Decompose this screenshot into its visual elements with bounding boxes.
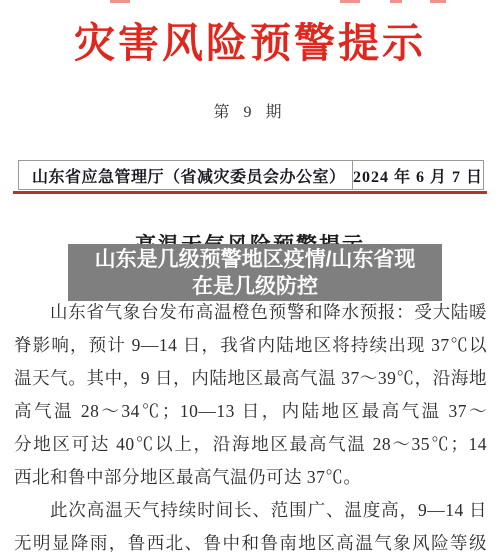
body-text-line: 无明显降雨，鲁西北、鲁中和鲁南地区高温气象风险等级高。高 bbox=[14, 527, 487, 552]
date-cell: 2024 年 6 月 7 日 bbox=[353, 161, 483, 189]
caption-line: 在是几级防控 bbox=[192, 273, 318, 300]
caption-line: 山东是几级预警地区疫情/山东省现 bbox=[95, 246, 416, 273]
issue-number-label: 第 9 期 bbox=[0, 99, 500, 122]
body-text-line: 此次高温天气持续时间长、范围广、温度高，9—14 日我省 bbox=[14, 494, 487, 527]
body-text-line: 高气温 28～34℃；10—13 日，内陆地区最高气温 37～39℃，部 bbox=[14, 395, 487, 428]
body-text-line: 温天气。其中，9 日，内陆地区最高气温 37～39℃，沿海地区最 bbox=[14, 362, 487, 395]
masthead-table: 山东省应急管理厅（省减灾委员会办公室） 2024 年 6 月 7 日 bbox=[18, 160, 484, 190]
document-notice-page: 灾害风险预警提示 第 9 期 山东省应急管理厅（省减灾委员会办公室） 2024 … bbox=[0, 0, 500, 552]
body-text-line: 脊影响，预计 9—14 日，我省内陆地区将持续出现 37℃以上高 bbox=[14, 329, 487, 362]
body-text-line: 西北和鲁中部分地区最高气温仍可达 37℃。 bbox=[14, 461, 487, 494]
caption-overlay-box: 山东是几级预警地区疫情/山东省现 在是几级防控 bbox=[68, 244, 442, 301]
cutoff-text-fragment bbox=[340, 0, 360, 3]
cutoff-text-fragment bbox=[390, 0, 402, 3]
body-text-line: 分地区可达 40℃以上，沿海地区最高气温 28～35℃；14 日，鲁 bbox=[14, 428, 487, 461]
page-title: 灾害风险预警提示 bbox=[0, 10, 500, 69]
cutoff-text-fragment bbox=[110, 0, 130, 3]
red-divider-rule bbox=[13, 191, 487, 194]
cutoff-text-fragment bbox=[430, 0, 446, 3]
body-paragraphs: 山东省气象台发布高温橙色预警和降水预报：受大陆暖高压 脊影响，预计 9—14 日… bbox=[14, 296, 487, 552]
issuer-cell: 山东省应急管理厅（省减灾委员会办公室） bbox=[19, 161, 353, 189]
